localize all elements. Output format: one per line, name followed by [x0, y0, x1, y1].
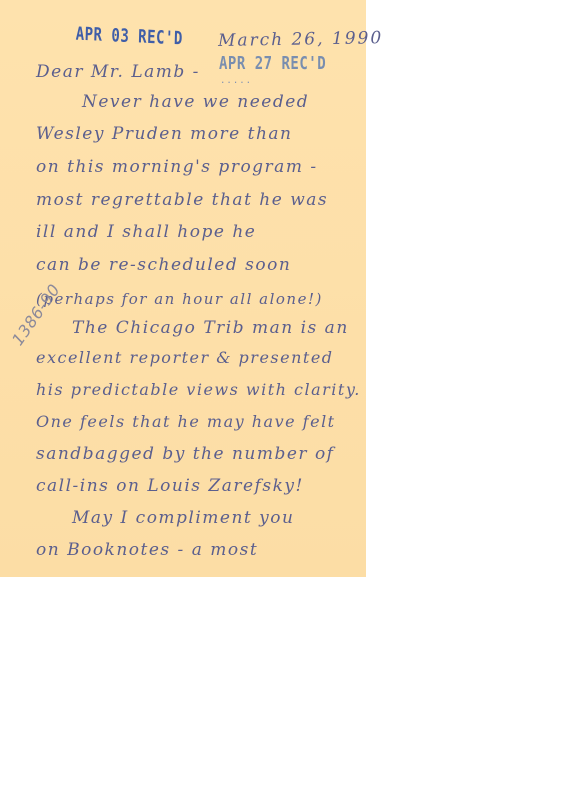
salutation: Dear Mr. Lamb - [36, 62, 200, 82]
letter-page: APR 03 REC'D APR 27 REC'D ..... March 26… [0, 0, 366, 577]
letter-line: on this morning's program - [36, 157, 318, 177]
letter-date: March 26, 1990 [218, 28, 384, 51]
letter-line: most regrettable that he was [36, 190, 328, 210]
letter-line: Wesley Pruden more than [36, 124, 293, 144]
letter-line: The Chicago Trib man is an [72, 318, 349, 338]
letter-line: (perhaps for an hour all alone!) [36, 290, 323, 308]
letter-line: excellent reporter & presented [36, 348, 334, 367]
letter-line: Never have we needed [82, 92, 309, 112]
letter-line: on Booknotes - a most [36, 540, 258, 560]
letter-line: May I compliment you [72, 508, 294, 528]
letter-line: can be re-scheduled soon [36, 255, 291, 275]
stamp-dots: ..... [220, 76, 252, 86]
letter-line: One feels that he may have felt [36, 412, 336, 431]
letter-line: ill and I shall hope he [36, 222, 256, 242]
received-stamp-apr-27: APR 27 REC'D [219, 54, 326, 74]
letter-line: sandbagged by the number of [36, 444, 334, 464]
letter-line: his predictable views with clarity. [36, 380, 361, 399]
letter-line: call-ins on Louis Zarefsky! [36, 476, 304, 496]
received-stamp-apr-03: APR 03 REC'D [75, 24, 183, 50]
